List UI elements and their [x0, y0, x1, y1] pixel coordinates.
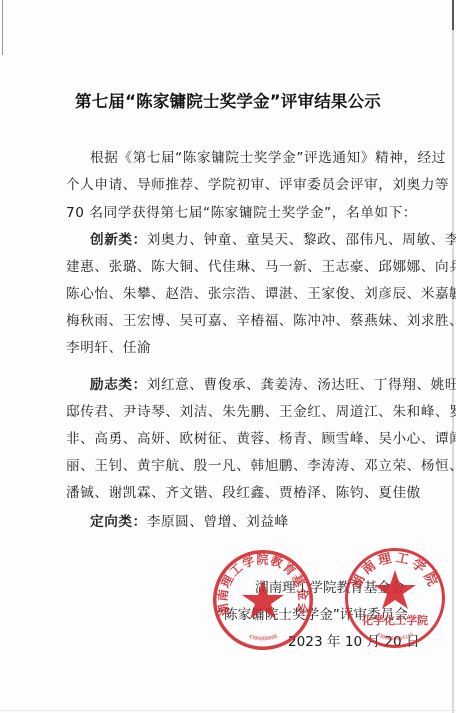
- scan-edge-bottom: [0, 710, 456, 711]
- document-page: 第七届“陈家镛院士奖学金”评审结果公示 根据《第七届“陈家镛院士奖学金”评选通知…: [0, 0, 456, 713]
- category-directed-line-1: 定向类：李原圆、曾增、刘益峰: [90, 510, 289, 530]
- svg-text:4306000000: 4306000000: [248, 634, 279, 643]
- intro-line-3: 70 名同学获得第七届“陈家镛院士奖学金”，名单如下：: [66, 201, 417, 221]
- category-innovation-line-1: 创新类：刘奥力、钟童、童昊天、黎政、邵伟凡、周敏、李: [90, 228, 456, 248]
- category-aspiration-names-1: 刘红意、曹俊承、龚姜涛、汤达旺、丁得翔、姚旺、: [147, 377, 456, 393]
- svg-text:4306000004115: 4306000004115: [375, 632, 415, 643]
- intro-line-1: 根据《第七届“陈家镛院士奖学金”评选通知》精神，经过: [90, 146, 446, 166]
- category-aspiration-label: 励志类：: [90, 377, 147, 393]
- category-directed-label: 定向类：: [90, 514, 147, 530]
- category-innovation-line-5: 李明轩、任渝: [66, 336, 151, 356]
- scan-edge-left: [2, 0, 3, 55]
- scan-edge-right-mark: [452, 0, 454, 30]
- category-aspiration-line-5: 潘铖、谢凯霖、齐文锴、段红鑫、贾椿泽、陈钧、夏佳傲: [66, 481, 421, 501]
- foundation-seal-icon: 湖南理工学院教育基金会 4306000000: [213, 550, 313, 650]
- college-seal-stamp: 湖南理工学院 化学化工学院 4306000004115: [345, 548, 445, 648]
- category-aspiration-line-4: 丽、王钊、黄宇航、殷一凡、韩旭鹏、李涛涛、邓立荣、杨恒、: [66, 454, 456, 474]
- category-innovation-label: 创新类：: [90, 232, 147, 248]
- category-aspiration-line-3: 非、高勇、高妍、欧树征、黄蓉、杨青、顾雪峰、吴小心、谭闻: [66, 427, 456, 447]
- category-aspiration-line-2: 邸传君、尹诗琴、刘洁、朱先鹏、王金红、周道江、朱和峰、罗: [66, 400, 456, 420]
- category-innovation-line-3: 陈心怡、朱攀、赵浩、张宗浩、谭湛、王家俊、刘彦辰、米嘉毓、: [66, 282, 456, 302]
- document-title: 第七届“陈家镛院士奖学金”评审结果公示: [0, 88, 456, 112]
- category-directed-names-1: 李原圆、曾增、刘益峰: [147, 514, 289, 530]
- category-aspiration-line-1: 励志类：刘红意、曹俊承、龚姜涛、汤达旺、丁得翔、姚旺、: [90, 373, 456, 393]
- foundation-seal-stamp: 湖南理工学院教育基金会 4306000000: [213, 550, 313, 650]
- college-seal-icon: 湖南理工学院 化学化工学院 4306000004115: [345, 548, 445, 648]
- category-innovation-line-2: 建惠、张璐、陈大铜、代佳琳、马一新、王志豪、邱娜娜、向兵、: [66, 255, 456, 275]
- category-innovation-line-4: 梅秋雨、王宏博、吴可嘉、辛椿福、陈冲冲、蔡燕妹、刘求胜、: [66, 309, 456, 329]
- intro-line-2: 个人申请、导师推荐、学院初审、评审委员会评审，刘奥力等: [66, 173, 449, 193]
- svg-text:化学化工学院: 化学化工学院: [361, 613, 428, 627]
- category-innovation-names-1: 刘奥力、钟童、童昊天、黎政、邵伟凡、周敏、李: [147, 232, 456, 248]
